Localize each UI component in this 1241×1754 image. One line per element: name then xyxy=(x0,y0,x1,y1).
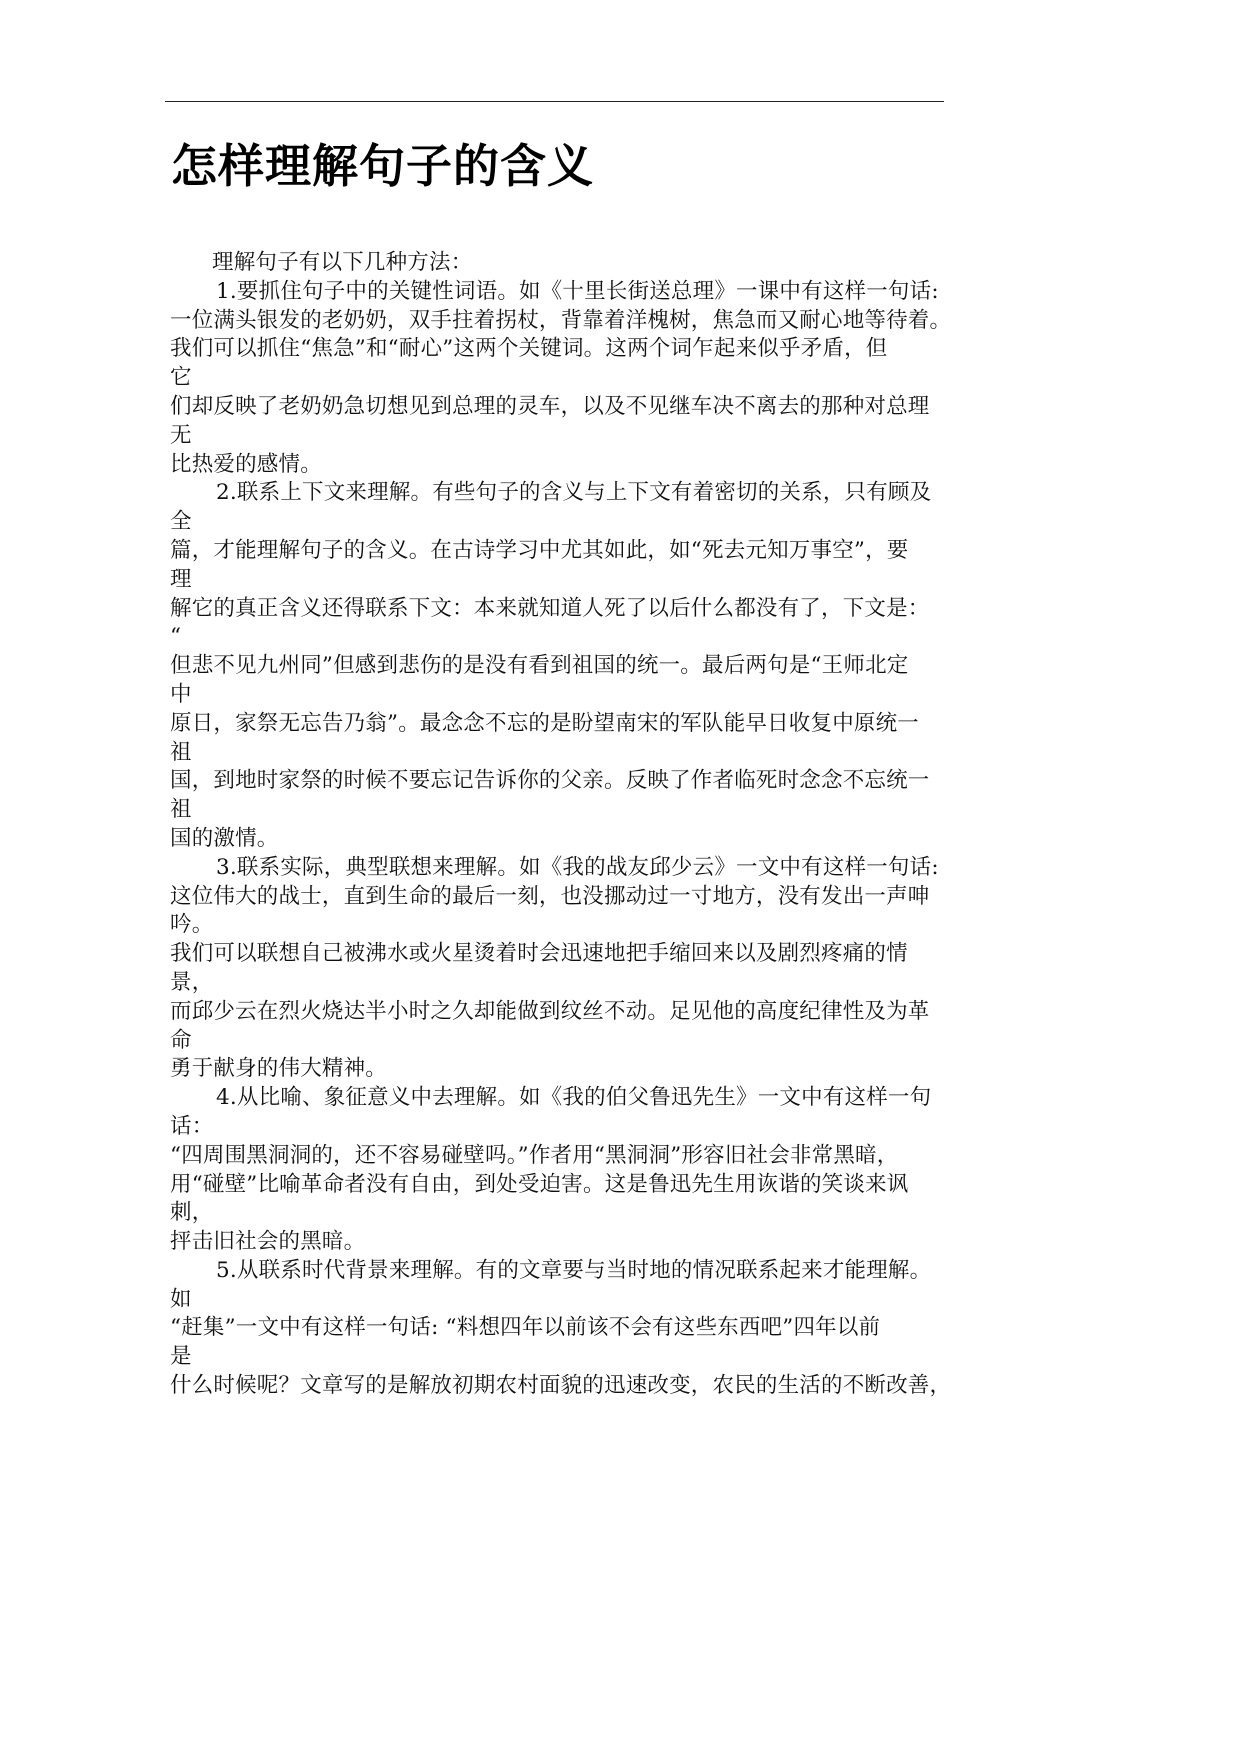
text-line: 用“碰壁”比喻革命者没有自由，到处受迫害。这是鲁迅先生用诙谐的笑谈来讽 xyxy=(170,1171,960,1200)
text-line: 国的激情。 xyxy=(170,825,960,854)
text-line: “赶集”一文中有这样一句话: “料想四年以前该不会有这些东西吧”四年以前 xyxy=(170,1314,960,1343)
document-body: 理解句子有以下几种方法：1.要抓住句子中的关键性词语。如《十里长街送总理》一课中… xyxy=(170,249,960,1401)
text-line: 什么时候呢？文章写的是解放初期农村面貌的迅速改变，农民的生活的不断改善， xyxy=(170,1372,960,1401)
document-page: 怎样理解句子的含义 理解句子有以下几种方法：1.要抓住句子中的关键性词语。如《十… xyxy=(0,0,1241,1754)
text-line: 勇于献身的伟大精神。 xyxy=(170,1055,960,1084)
text-line: “ xyxy=(170,623,960,652)
text-line: 是 xyxy=(170,1343,960,1372)
page-title: 怎样理解句子的含义 xyxy=(171,138,594,194)
text-line: 如 xyxy=(170,1286,960,1315)
text-line: 我们可以联想自己被沸水或火星烫着时会迅速地把手缩回来以及剧烈疼痛的情 xyxy=(170,940,960,969)
text-line: 1.要抓住句子中的关键性词语。如《十里长街送总理》一课中有这样一句话: xyxy=(170,278,960,307)
text-line: 吟。 xyxy=(170,911,960,940)
text-line: 5.从联系时代背景来理解。有的文章要与当时地的情况联系起来才能理解。 xyxy=(170,1257,960,1286)
text-line: 刺， xyxy=(170,1199,960,1228)
text-line: 一位满头银发的老奶奶，双手拄着拐杖，背靠着洋槐树，焦急而又耐心地等待着。 xyxy=(170,307,960,336)
text-line: 祖 xyxy=(170,796,960,825)
text-line: 景， xyxy=(170,969,960,998)
text-line: 2.联系上下文来理解。有些句子的含义与上下文有着密切的关系，只有顾及 xyxy=(170,479,960,508)
text-line: 国，到地时家祭的时候不要忘记告诉你的父亲。反映了作者临死时念念不忘统一 xyxy=(170,767,960,796)
text-line: 理 xyxy=(170,566,960,595)
text-line: 3.联系实际，典型联想来理解。如《我的战友邱少云》一文中有这样一句话: xyxy=(170,854,960,883)
text-line: 话： xyxy=(170,1113,960,1142)
text-line: 理解句子有以下几种方法： xyxy=(170,249,960,278)
text-line: 命 xyxy=(170,1027,960,1056)
text-line: 无 xyxy=(170,422,960,451)
text-line: 们却反映了老奶奶急切想见到总理的灵车，以及不见继车决不离去的那种对总理 xyxy=(170,393,960,422)
text-line: 祖 xyxy=(170,739,960,768)
text-line: 比热爱的感情。 xyxy=(170,451,960,480)
text-line: 4.从比喻、象征意义中去理解。如《我的伯父鲁迅先生》一文中有这样一句 xyxy=(170,1084,960,1113)
text-line: 抨击旧社会的黑暗。 xyxy=(170,1228,960,1257)
text-line: 解它的真正含义还得联系下文：本来就知道人死了以后什么都没有了，下文是： xyxy=(170,595,960,624)
text-line: 中 xyxy=(170,681,960,710)
text-line: 它 xyxy=(170,364,960,393)
text-line: 我们可以抓住“焦急”和“耐心”这两个关键词。这两个词乍起来似乎矛盾，但 xyxy=(170,335,960,364)
text-line: 这位伟大的战士，直到生命的最后一刻，也没挪动过一寸地方，没有发出一声呻 xyxy=(170,883,960,912)
text-line: “四周围黑洞洞的，还不容易碰壁吗。”作者用“黑洞洞”形容旧社会非常黑暗， xyxy=(170,1142,960,1171)
text-line: 原日，家祭无忘告乃翁”。最念念不忘的是盼望南宋的军队能早日收复中原统一 xyxy=(170,710,960,739)
text-line: 全 xyxy=(170,508,960,537)
text-line: 而邱少云在烈火烧达半小时之久却能做到纹丝不动。足见他的高度纪律性及为革 xyxy=(170,998,960,1027)
text-line: 篇，才能理解句子的含义。在古诗学习中尤其如此，如“死去元知万事空”，要 xyxy=(170,537,960,566)
header-rule xyxy=(165,101,944,102)
text-line: 但悲不见九州同”但感到悲伤的是没有看到祖国的统一。最后两句是“王师北定 xyxy=(170,652,960,681)
